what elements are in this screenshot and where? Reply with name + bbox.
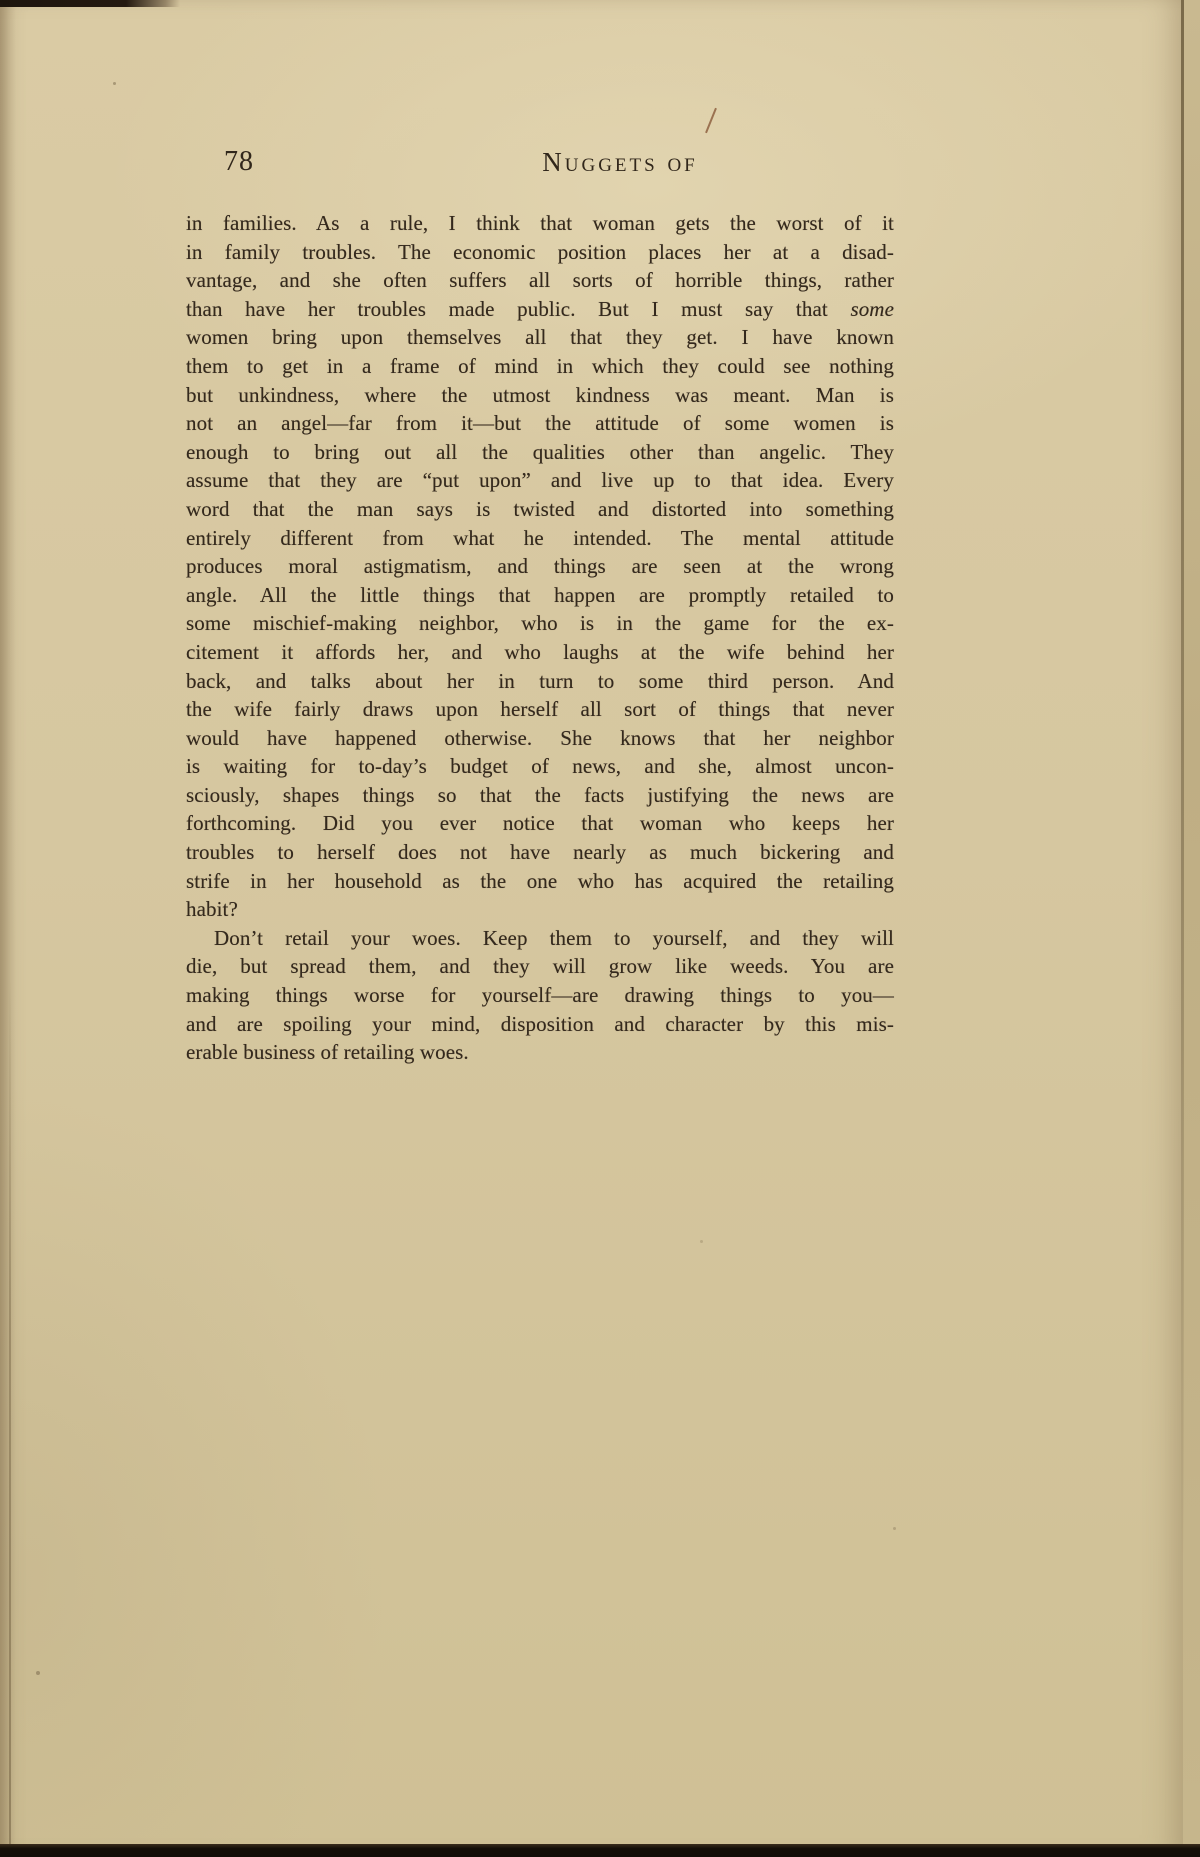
text-line: strife in her household as the one who h… <box>186 867 894 896</box>
book-page-scan: 78 Nuggets of in families. As a rule, I … <box>0 0 1200 1857</box>
text-line: but unkindness, where the utmost kindnes… <box>186 381 894 410</box>
next-page-edge <box>1183 0 1200 1857</box>
text-line: enough to bring out all the qualities ot… <box>186 438 894 467</box>
binding-shadow <box>0 0 16 1857</box>
running-header: Nuggets of <box>430 147 810 178</box>
text-line-segment: than have her troubles made public. But … <box>186 297 850 321</box>
text-line: erable business of retailing woes. <box>186 1038 894 1067</box>
text-line: die, but spread them, and they will grow… <box>186 952 894 981</box>
text-line: some mischief-making neighbor, who is in… <box>186 609 894 638</box>
text-line: women bring upon themselves all that the… <box>186 323 894 352</box>
page-edge-line <box>1181 0 1184 1560</box>
text-line: sciously, shapes things so that the fact… <box>186 781 894 810</box>
text-line: assume that they are “put upon” and live… <box>186 466 894 495</box>
text-line: would have happened otherwise. She knows… <box>186 724 894 753</box>
paper-speck <box>36 1671 40 1675</box>
italic-word: some <box>850 297 894 321</box>
text-line: not an angel—far from it—but the attitud… <box>186 409 894 438</box>
page-number: 78 <box>224 146 254 178</box>
text-line: the wife fairly draws upon herself all s… <box>186 695 894 724</box>
body-text: in families. As a rule, I think that wom… <box>186 209 894 1067</box>
text-line: Don’t retail your woes. Keep them to you… <box>186 924 894 953</box>
text-line: citement it affords her, and who laughs … <box>186 638 894 667</box>
paper-speck <box>113 82 116 85</box>
text-line: troubles to herself does not have nearly… <box>186 838 894 867</box>
paper-speck <box>893 1527 896 1530</box>
scan-border-top <box>0 0 180 7</box>
text-line: vantage, and she often suffers all sorts… <box>186 266 894 295</box>
page-edge-line-left <box>9 980 11 1857</box>
text-line: angle. All the little things that happen… <box>186 581 894 610</box>
text-line: word that the man says is twisted and di… <box>186 495 894 524</box>
text-line: habit? <box>186 895 894 924</box>
text-line: in families. As a rule, I think that wom… <box>186 209 894 238</box>
text-line: in family troubles. The economic positio… <box>186 238 894 267</box>
text-line: making things worse for yourself—are dra… <box>186 981 894 1010</box>
text-line: than have her troubles made public. But … <box>186 295 894 324</box>
text-line: and are spoiling your mind, disposition … <box>186 1010 894 1039</box>
text-line: entirely different from what he intended… <box>186 524 894 553</box>
text-line: produces moral astigmatism, and things a… <box>186 552 894 581</box>
text-line: back, and talks about her in turn to som… <box>186 667 894 696</box>
text-line: is waiting for to-day’s budget of news, … <box>186 752 894 781</box>
text-line: forthcoming. Did you ever notice that wo… <box>186 809 894 838</box>
scan-border-bottom <box>0 1844 1200 1857</box>
paper-speck <box>700 1240 703 1243</box>
text-line: them to get in a frame of mind in which … <box>186 352 894 381</box>
